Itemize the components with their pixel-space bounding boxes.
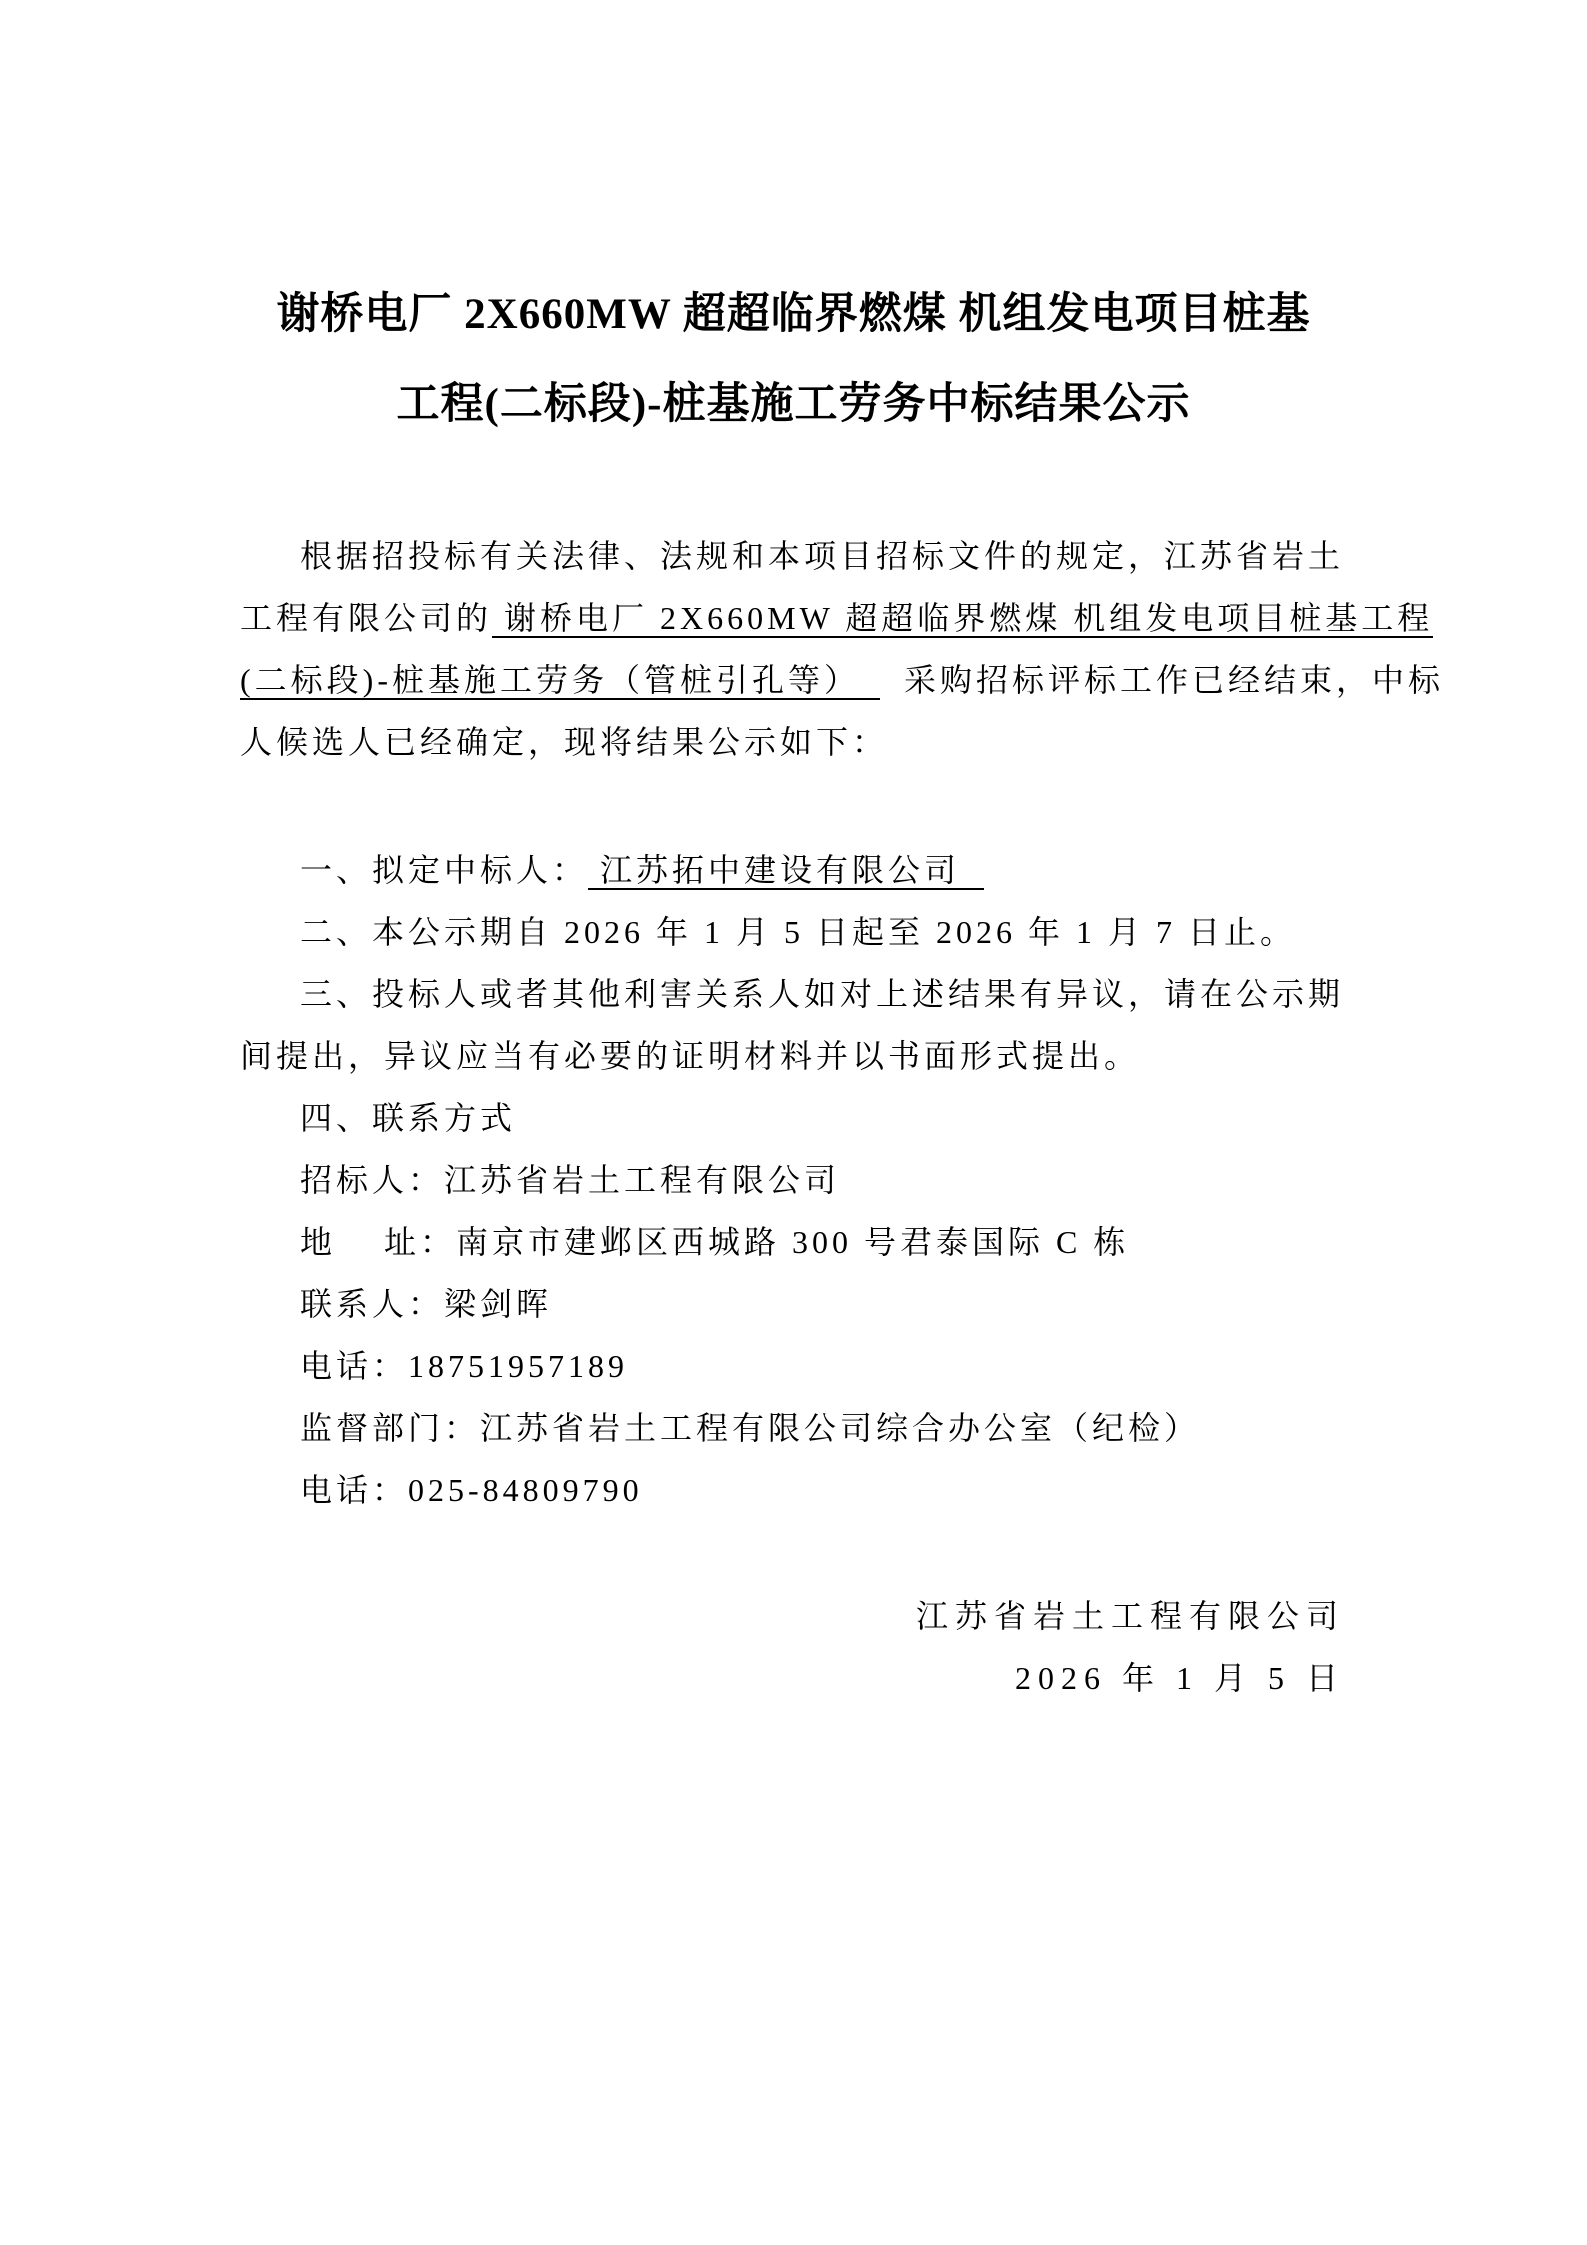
item-2-publicity-period: 二、本公示期自 2026 年 1 月 5 日起至 2026 年 1 月 7 日止… xyxy=(240,901,1349,963)
contact-supervisor-line: 监督部门：江苏省岩土工程有限公司综合办公室（纪检） xyxy=(240,1397,1349,1459)
signature-date-line: 2026 年 1 月 5 日 xyxy=(240,1647,1349,1709)
blank-line-spacer xyxy=(240,773,1349,839)
item-3-objection-line-2: 间提出，异议应当有必要的证明材料并以书面形式提出。 xyxy=(240,1025,1349,1087)
item-3-objection-line-1: 三、投标人或者其他利害关系人如对上述结果有异议，请在公示期 xyxy=(240,963,1349,1025)
item-1-label: 一、拟定中标人： xyxy=(300,852,588,888)
document-title-line-2: 工程(二标段)-桩基施工劳务中标结果公示 xyxy=(120,360,1467,450)
contact-person-line: 联系人：梁剑晖 xyxy=(240,1273,1349,1335)
contact-tenderer-line: 招标人：江苏省岩土工程有限公司 xyxy=(240,1149,1349,1211)
project-name-underlined-part-2: (二标段)-桩基施工劳务（管桩引孔等） xyxy=(240,662,880,700)
intro-line-2: 工程有限公司的 谢桥电厂 2X660MW 超超临界燃煤 机组发电项目桩基工程 xyxy=(240,587,1349,649)
signature-company-line: 江苏省岩土工程有限公司 xyxy=(240,1585,1349,1647)
document-page: 谢桥电厂 2X660MW 超超临界燃煤 机组发电项目桩基 工程(二标段)-桩基施… xyxy=(0,0,1587,2245)
document-body: 根据招投标有关法律、法规和本项目招标文件的规定，江苏省岩土 工程有限公司的 谢桥… xyxy=(0,525,1587,1709)
intro-line-2-text: 工程有限公司的 xyxy=(240,600,492,636)
intro-line-3: (二标段)-桩基施工劳务（管桩引孔等） 采购招标评标工作已经结束，中标 xyxy=(240,649,1349,711)
intro-line-4: 人候选人已经确定，现将结果公示如下： xyxy=(240,711,1349,773)
intro-line-3-text: 采购招标评标工作已经结束，中标 xyxy=(880,662,1444,698)
contact-supervisor-phone-line: 电话：025-84809790 xyxy=(240,1459,1349,1521)
contact-address-line: 地 址：南京市建邺区西城路 300 号君泰国际 C 栋 xyxy=(240,1211,1349,1273)
contact-phone-line: 电话：18751957189 xyxy=(240,1335,1349,1397)
intro-line-1: 根据招投标有关法律、法规和本项目招标文件的规定，江苏省岩土 xyxy=(240,525,1349,587)
item-1-winner-line: 一、拟定中标人： 江苏拓中建设有限公司 xyxy=(240,839,1349,901)
winner-name-underlined: 江苏拓中建设有限公司 xyxy=(588,852,984,890)
project-name-underlined-part-1: 谢桥电厂 2X660MW 超超临界燃煤 机组发电项目桩基工程 xyxy=(492,600,1433,638)
document-title: 谢桥电厂 2X660MW 超超临界燃煤 机组发电项目桩基 工程(二标段)-桩基施… xyxy=(0,270,1587,450)
document-title-line-1: 谢桥电厂 2X660MW 超超临界燃煤 机组发电项目桩基 xyxy=(120,270,1467,360)
item-4-contact-heading: 四、联系方式 xyxy=(240,1087,1349,1149)
blank-line-spacer xyxy=(240,1521,1349,1585)
